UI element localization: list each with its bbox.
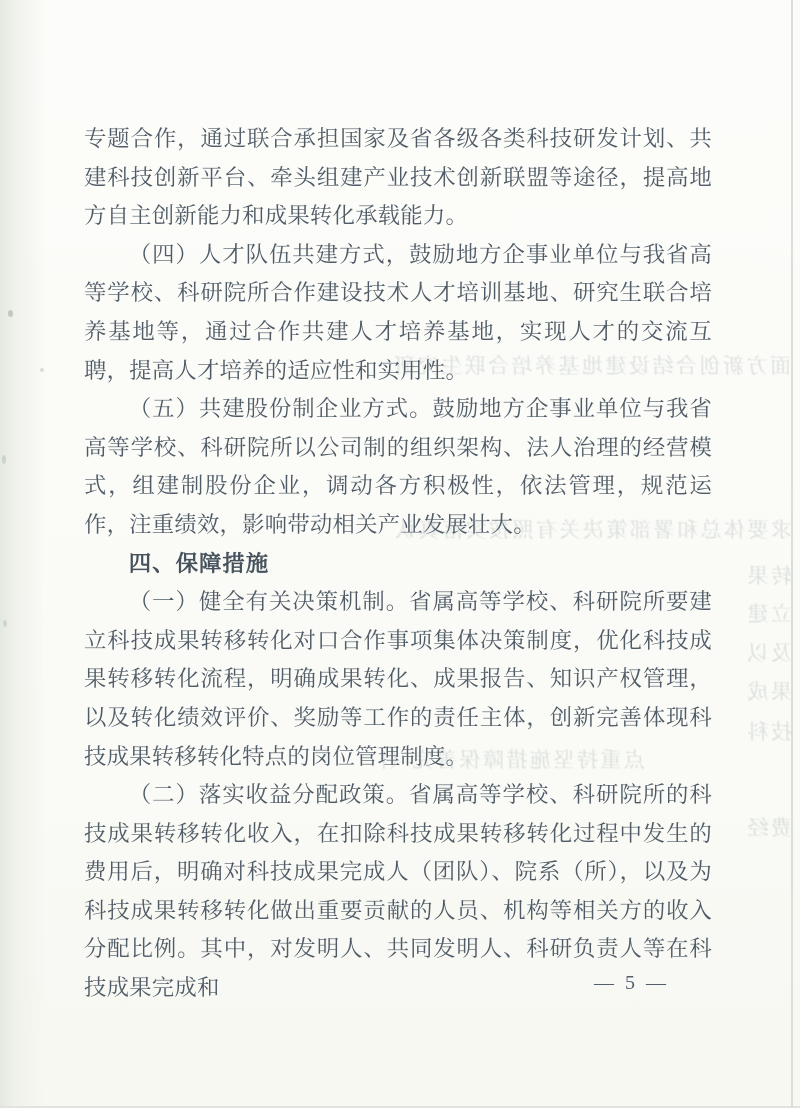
paragraph-continuation: 专题合作，通过联合承担国家及省各级各类科技研发计划、共建科技创新平台、牵头组建产…: [84, 120, 712, 236]
bleedthrough-text: 及以: [742, 637, 792, 667]
paragraph-item-five: （五）共建股份制企业方式。鼓励地方企事业单位与我省高等学校、科研院所以公司制的组…: [84, 390, 712, 544]
bleedthrough-text: 技科: [742, 716, 792, 746]
scanned-document-page: 面方新创合结设建地基养培合联生究研 求要体总和署部策决关有照按实落真认 点重持坚…: [0, 0, 800, 1108]
bleedthrough-text: 立建: [742, 598, 792, 628]
scan-right-edge-line: [791, 0, 793, 1108]
scan-speck: [40, 368, 44, 372]
section-heading-safeguards: 四、保障措施: [84, 545, 712, 584]
bleedthrough-text: 转果: [740, 560, 792, 590]
bleedthrough-text: 果成: [742, 676, 792, 706]
scan-speck: [3, 620, 7, 627]
scan-speck: [2, 455, 6, 464]
page-number: — 5 —: [594, 972, 669, 995]
scan-speck: [8, 310, 13, 317]
document-body: 专题合作，通过联合承担国家及省各级各类科技研发计划、共建科技创新平台、牵头组建产…: [84, 120, 712, 1008]
bleedthrough-text: 费经: [744, 812, 792, 842]
paragraph-item-one: （一）健全有关决策机制。省属高等学校、科研院所要建立科技成果转移转化对口合作事项…: [84, 583, 712, 776]
paragraph-item-four: （四）人才队伍共建方式，鼓励地方企事业单位与我省高等学校、科研院所合作建设技术人…: [84, 236, 712, 390]
